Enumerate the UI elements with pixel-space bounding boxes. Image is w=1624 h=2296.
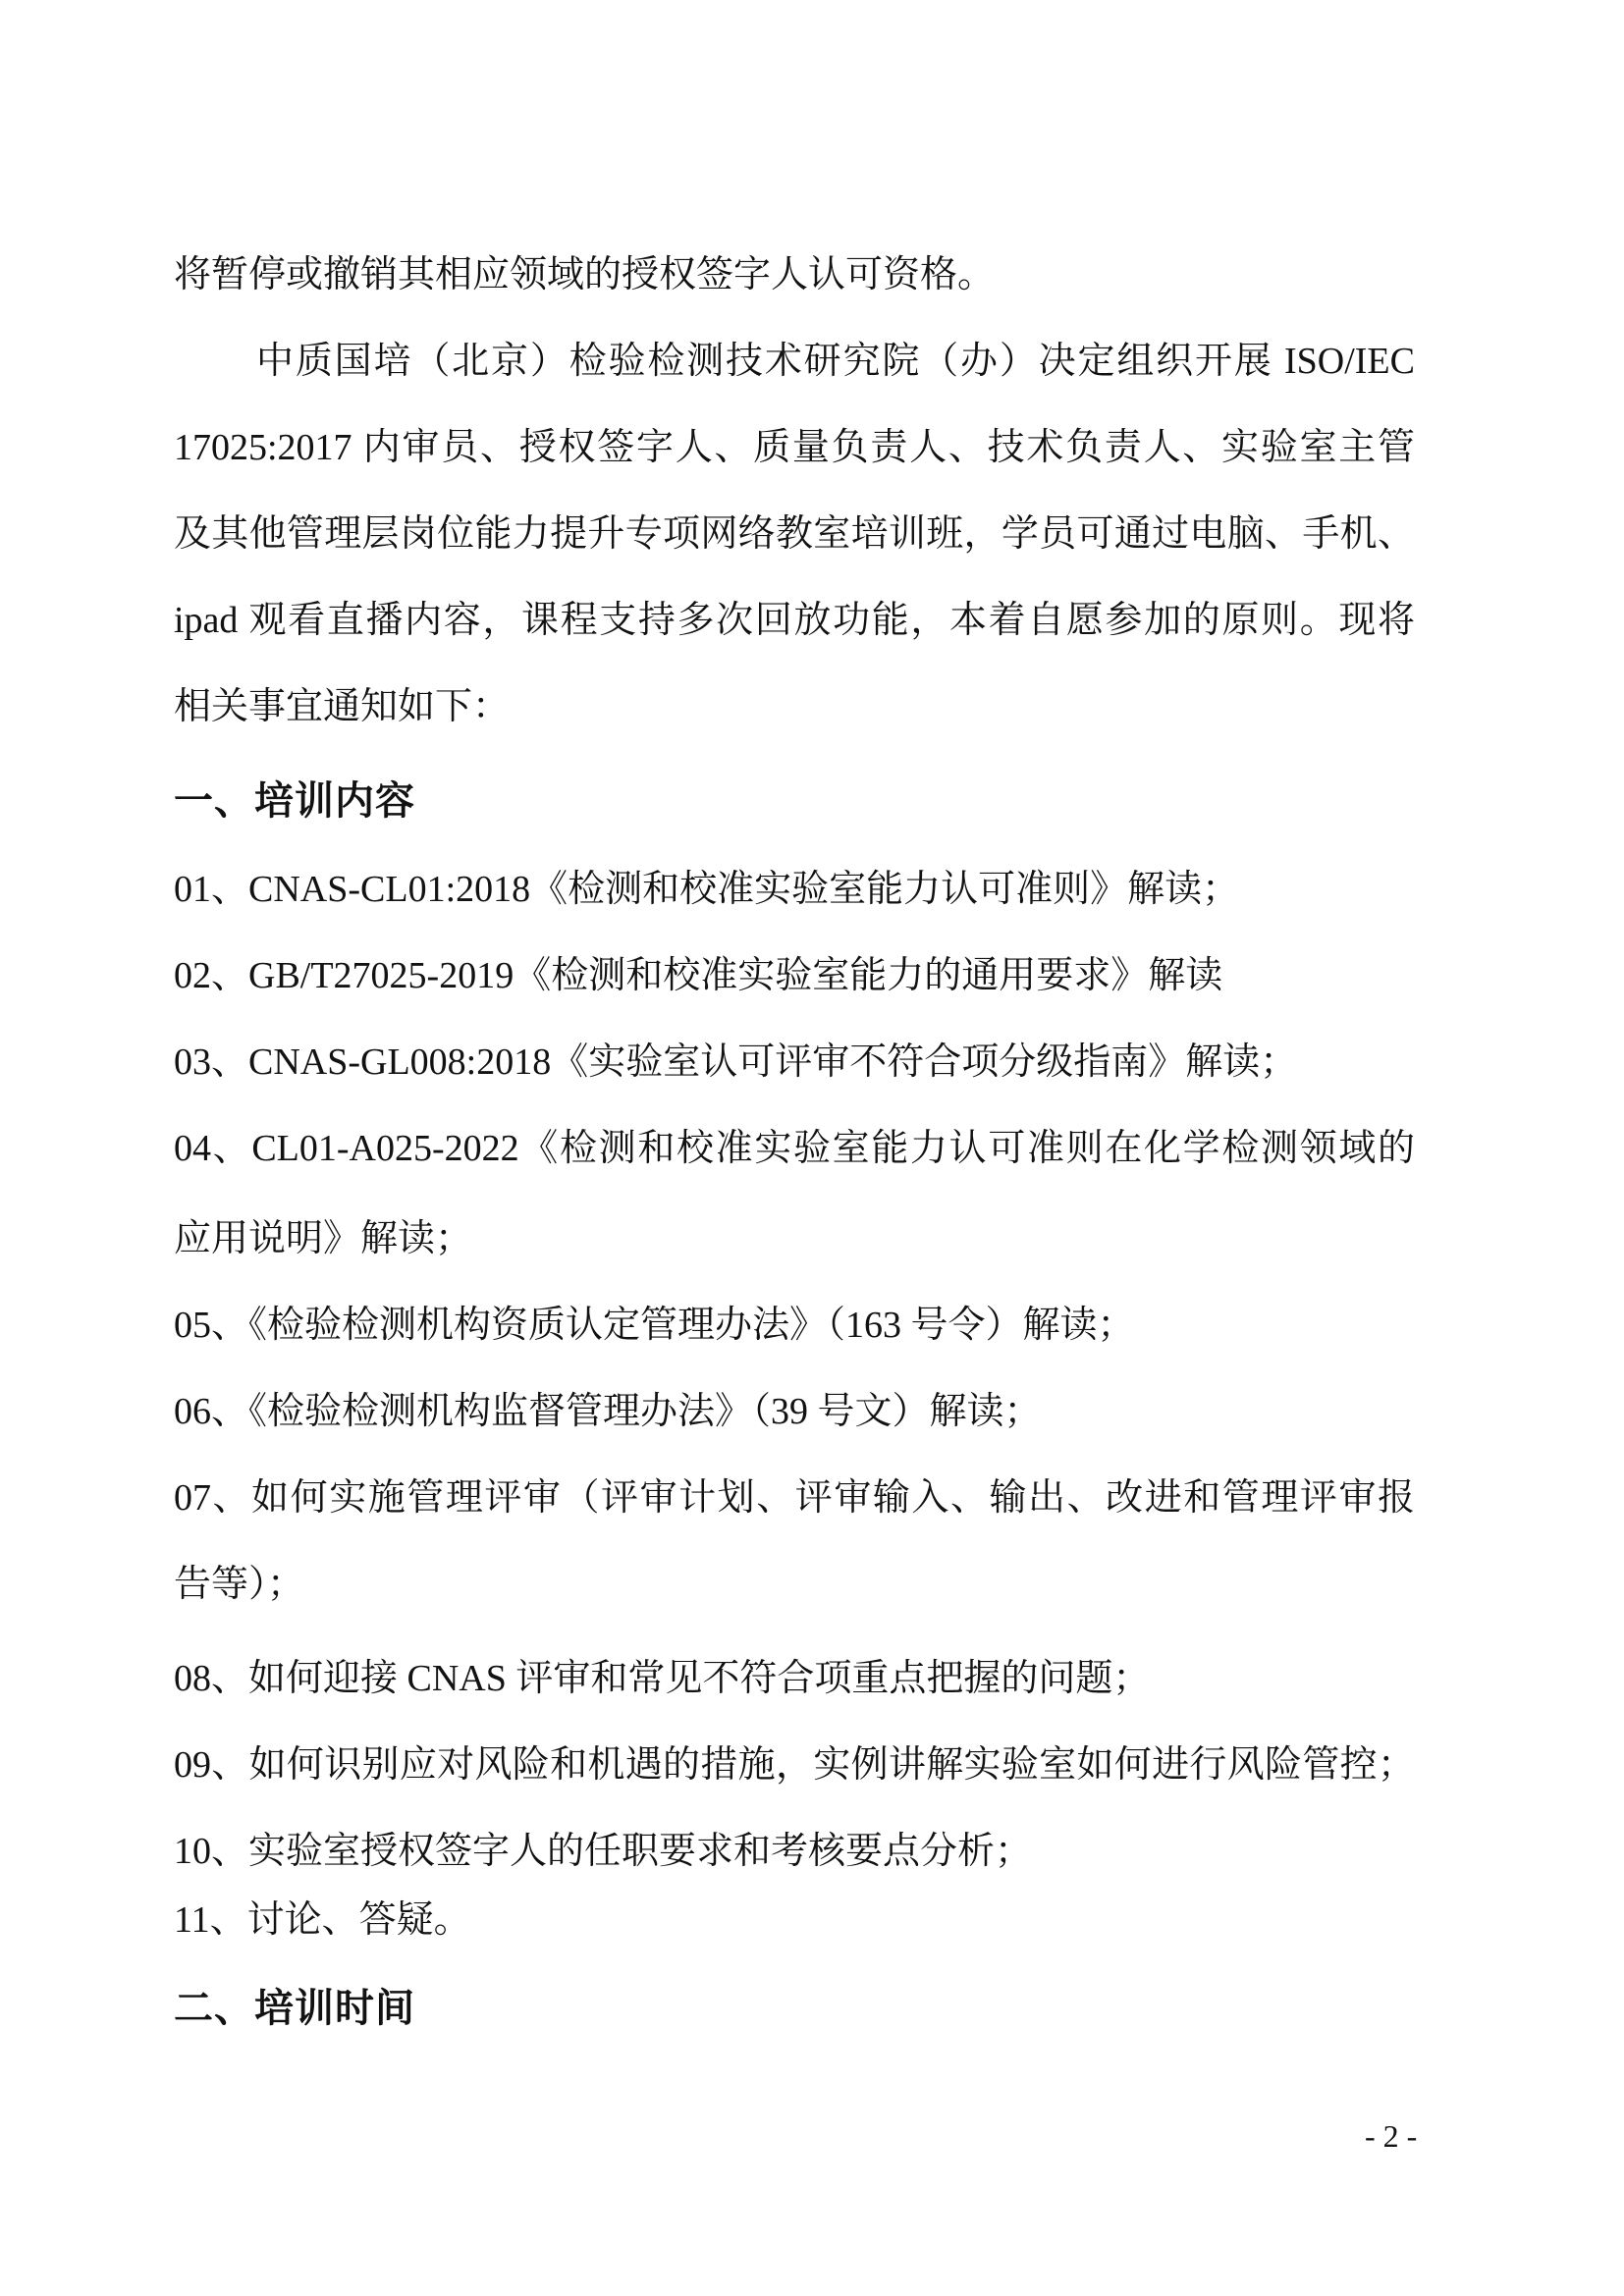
training-notice-line-2: 17025:2017 内审员、授权签字人、质量负责人、技术负责人、实验室主管 — [174, 422, 1415, 473]
training-notice-line-4: ipad 观看直播内容，课程支持多次回放功能，本着自愿参加的原则。现将 — [174, 595, 1415, 646]
training-content-item-01: 01、CNAS-CL01:2018《检测和校准实验室能力认可准则》解读； — [174, 864, 1415, 915]
page-number: - 2 - — [1365, 2116, 1417, 2156]
training-content-item-03: 03、CNAS-GL008:2018《实验室认可评审不符合项分级指南》解读； — [174, 1037, 1415, 1088]
training-notice-line-3: 及其他管理层岗位能力提升专项网络教室培训班，学员可通过电脑、手机、 — [174, 508, 1415, 560]
training-notice-line-5: 相关事宜通知如下： — [174, 681, 1415, 732]
training-content-item-05: 05、《检验检测机构资质认定管理办法》（163 号令）解读； — [174, 1300, 1415, 1351]
training-content-item-11: 11、讨论、答疑。 — [174, 1895, 1415, 1946]
training-content-item-02: 02、GB/T27025-2019《检测和校准实验室能力的通用要求》解读 — [174, 950, 1415, 1001]
training-notice-line-1: 中质国培（北京）检验检测技术研究院（办）决定组织开展 ISO/IEC — [174, 336, 1415, 387]
training-content-item-10: 10、实验室授权签字人的任职要求和考核要点分析； — [174, 1826, 1415, 1877]
section-2-heading: 二、培训时间 — [174, 1983, 1415, 2034]
training-content-item-09: 09、如何识别应对风险和机遇的措施，实例讲解实验室如何进行风险管控； — [174, 1739, 1415, 1790]
training-content-item-04: 04、CL01-A025-2022《检测和校准实验室能力认可准则在化学检测领域的 — [174, 1123, 1415, 1174]
training-content-item-08: 08、如何迎接 CNAS 评审和常见不符合项重点把握的问题； — [174, 1653, 1415, 1704]
training-content-item-07: 07、如何实施管理评审（评审计划、评审输入、输出、改进和管理评审报 — [174, 1472, 1415, 1523]
training-content-item-06: 06、《检验检测机构监督管理办法》（39 号文）解读； — [174, 1386, 1415, 1437]
document-page: 将暂停或撤销其相应领域的授权签字人认可资格。 中质国培（北京）检验检测技术研究院… — [0, 0, 1624, 2296]
intro-paragraph-line: 将暂停或撤销其相应领域的授权签字人认可资格。 — [174, 249, 1415, 300]
section-1-heading: 一、培训内容 — [174, 775, 1415, 827]
training-content-item-07-cont: 告等）； — [174, 1559, 1415, 1610]
training-content-item-04-cont: 应用说明》解读； — [174, 1213, 1415, 1264]
